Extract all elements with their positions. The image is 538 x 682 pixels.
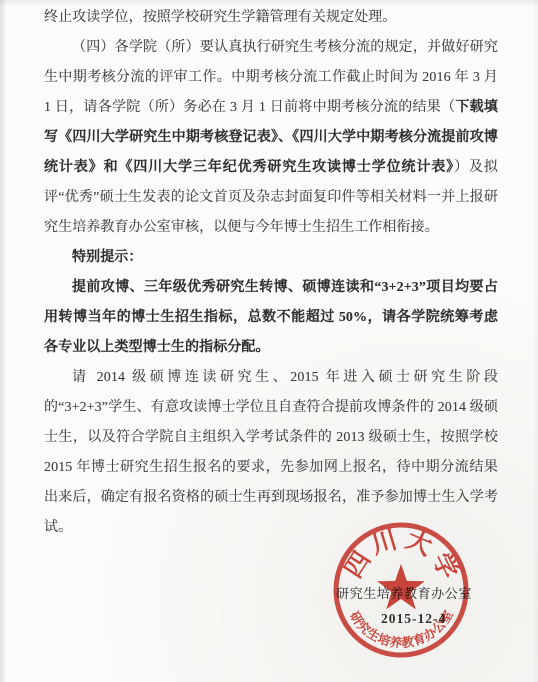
paragraph-text: （四）各学院（所）要认真执行研究生考核分流的规定，并做好研究生中期考核分流的评审… bbox=[44, 40, 498, 115]
paragraph-text-bold: 提前攻博、三年级优秀研究生转博、硕博连读和“3+2+3”项目均要占用转博当年的博… bbox=[44, 280, 498, 355]
paragraph-continuation: 终止攻读学位，按照学校研究生学籍管理有关规定处理。 bbox=[44, 3, 498, 33]
document-page: 终止攻读学位，按照学校研究生学籍管理有关规定处理。 （四）各学院（所）要认真执行… bbox=[0, 0, 538, 682]
special-note-label: 特别提示： bbox=[72, 250, 143, 265]
signature-office: 研究生培养教育办公室 bbox=[336, 583, 472, 602]
special-note-paragraph: 提前攻博、三年级优秀研究生转博、硕博连读和“3+2+3”项目均要占用转博当年的博… bbox=[44, 273, 498, 363]
signature-date: 2015-12-4 bbox=[381, 611, 446, 627]
paragraph-item-4: （四）各学院（所）要认真执行研究生考核分流的规定，并做好研究生中期考核分流的评审… bbox=[44, 33, 498, 243]
document-body: 终止攻读学位，按照学校研究生学籍管理有关规定处理。 （四）各学院（所）要认真执行… bbox=[44, 3, 498, 543]
special-note-heading: 特别提示： bbox=[44, 243, 498, 273]
paragraph-text: 请 2014 级硕博连读研究生、2015 年进入硕士研究生阶段的“3+2+3”学… bbox=[44, 370, 498, 535]
paragraph-registration: 请 2014 级硕博连读研究生、2015 年进入硕士研究生阶段的“3+2+3”学… bbox=[44, 363, 498, 543]
paragraph-text: 终止攻读学位，按照学校研究生学籍管理有关规定处理。 bbox=[44, 10, 397, 25]
